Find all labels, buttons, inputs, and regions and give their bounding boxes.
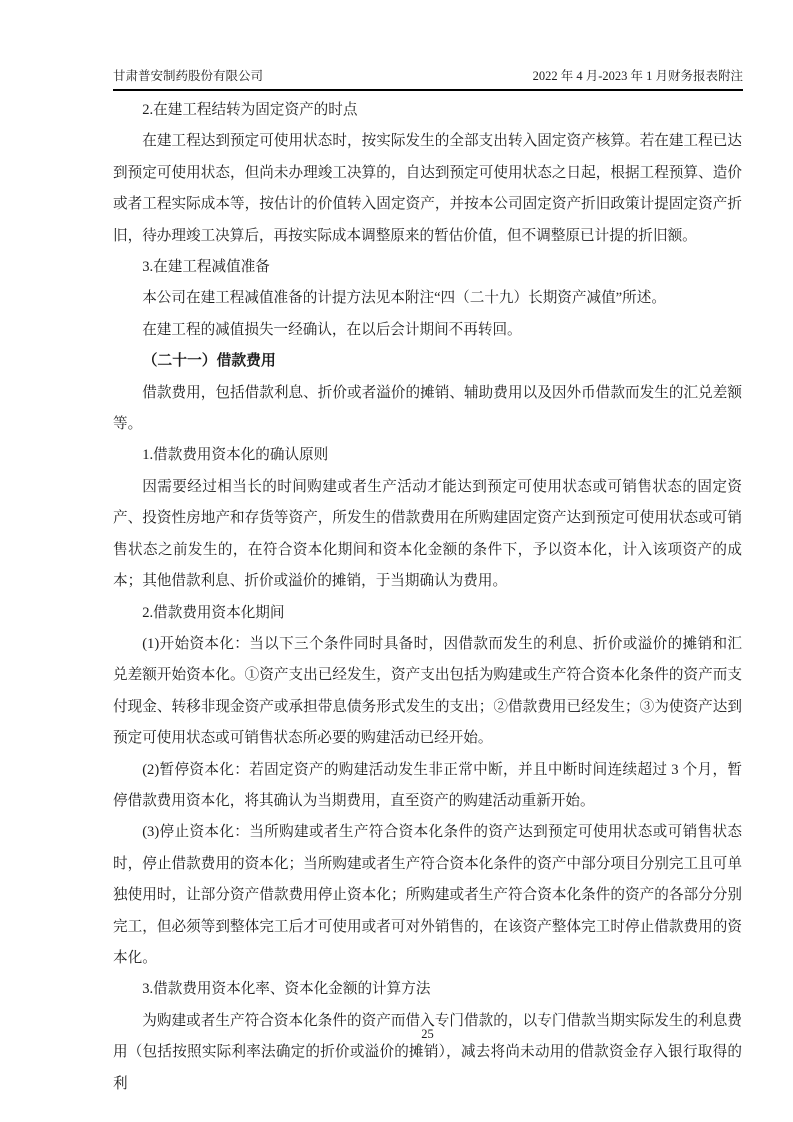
para-suspend-capitalization: (2)暂停资本化：若固定资产的购建活动发生非正常中断，并且中断时间连续超过 3 … xyxy=(113,755,742,818)
header-report-title: 2022 年 4 月-2023 年 1 月财务报表附注 xyxy=(533,66,743,84)
para-cip-impairment-no-reversal: 在建工程的减值损失一经确认，在以后会计期间不再转回。 xyxy=(113,315,742,346)
para-cip-impairment-heading: 3.在建工程减值准备 xyxy=(113,252,742,283)
para-cease-capitalization: (3)停止资本化：当所购建或者生产符合资本化条件的资产达到预定可使用状态或可销售… xyxy=(113,817,742,974)
header-company-name: 甘肃普安制药股份有限公司 xyxy=(113,66,263,84)
document-page: 甘肃普安制药股份有限公司 2022 年 4 月-2023 年 1 月财务报表附注… xyxy=(0,0,793,1122)
document-body: 2.在建工程结转为固定资产的时点 在建工程达到预定可使用状态时，按实际发生的全部… xyxy=(113,95,742,1100)
para-capitalization-principle-heading: 1.借款费用资本化的确认原则 xyxy=(113,440,742,471)
para-start-capitalization: (1)开始资本化：当以下三个条件同时具备时，因借款而发生的利息、折价或溢价的摊销… xyxy=(113,629,742,755)
para-cip-transfer-timing-body: 在建工程达到预定可使用状态时，按实际发生的全部支出转入固定资产核算。若在建工程已… xyxy=(113,126,742,252)
para-borrowing-costs-definition: 借款费用，包括借款利息、折价或者溢价的摊销、辅助费用以及因外币借款而发生的汇兑差… xyxy=(113,378,742,441)
para-cip-impairment-method: 本公司在建工程减值准备的计提方法见本附注“四（二十九）长期资产减值”所述。 xyxy=(113,283,742,314)
section-heading-borrowing-costs: （二十一）借款费用 xyxy=(113,346,742,377)
page-footer: 25 xyxy=(113,1027,742,1042)
para-cip-transfer-timing-heading: 2.在建工程结转为固定资产的时点 xyxy=(113,95,742,126)
para-capitalization-rate-heading: 3.借款费用资本化率、资本化金额的计算方法 xyxy=(113,974,742,1005)
para-capitalization-period-heading: 2.借款费用资本化期间 xyxy=(113,598,742,629)
para-special-borrowings-body: 为购建或者生产符合资本化条件的资产而借入专门借款的，以专门借款当期实际发生的利息… xyxy=(113,1006,742,1100)
page-header: 甘肃普安制药股份有限公司 2022 年 4 月-2023 年 1 月财务报表附注 xyxy=(113,66,743,91)
page-number: 25 xyxy=(421,1027,434,1041)
para-capitalization-principle-body: 因需要经过相当长的时间购建或者生产活动才能达到预定可使用状态或可销售状态的固定资… xyxy=(113,472,742,598)
